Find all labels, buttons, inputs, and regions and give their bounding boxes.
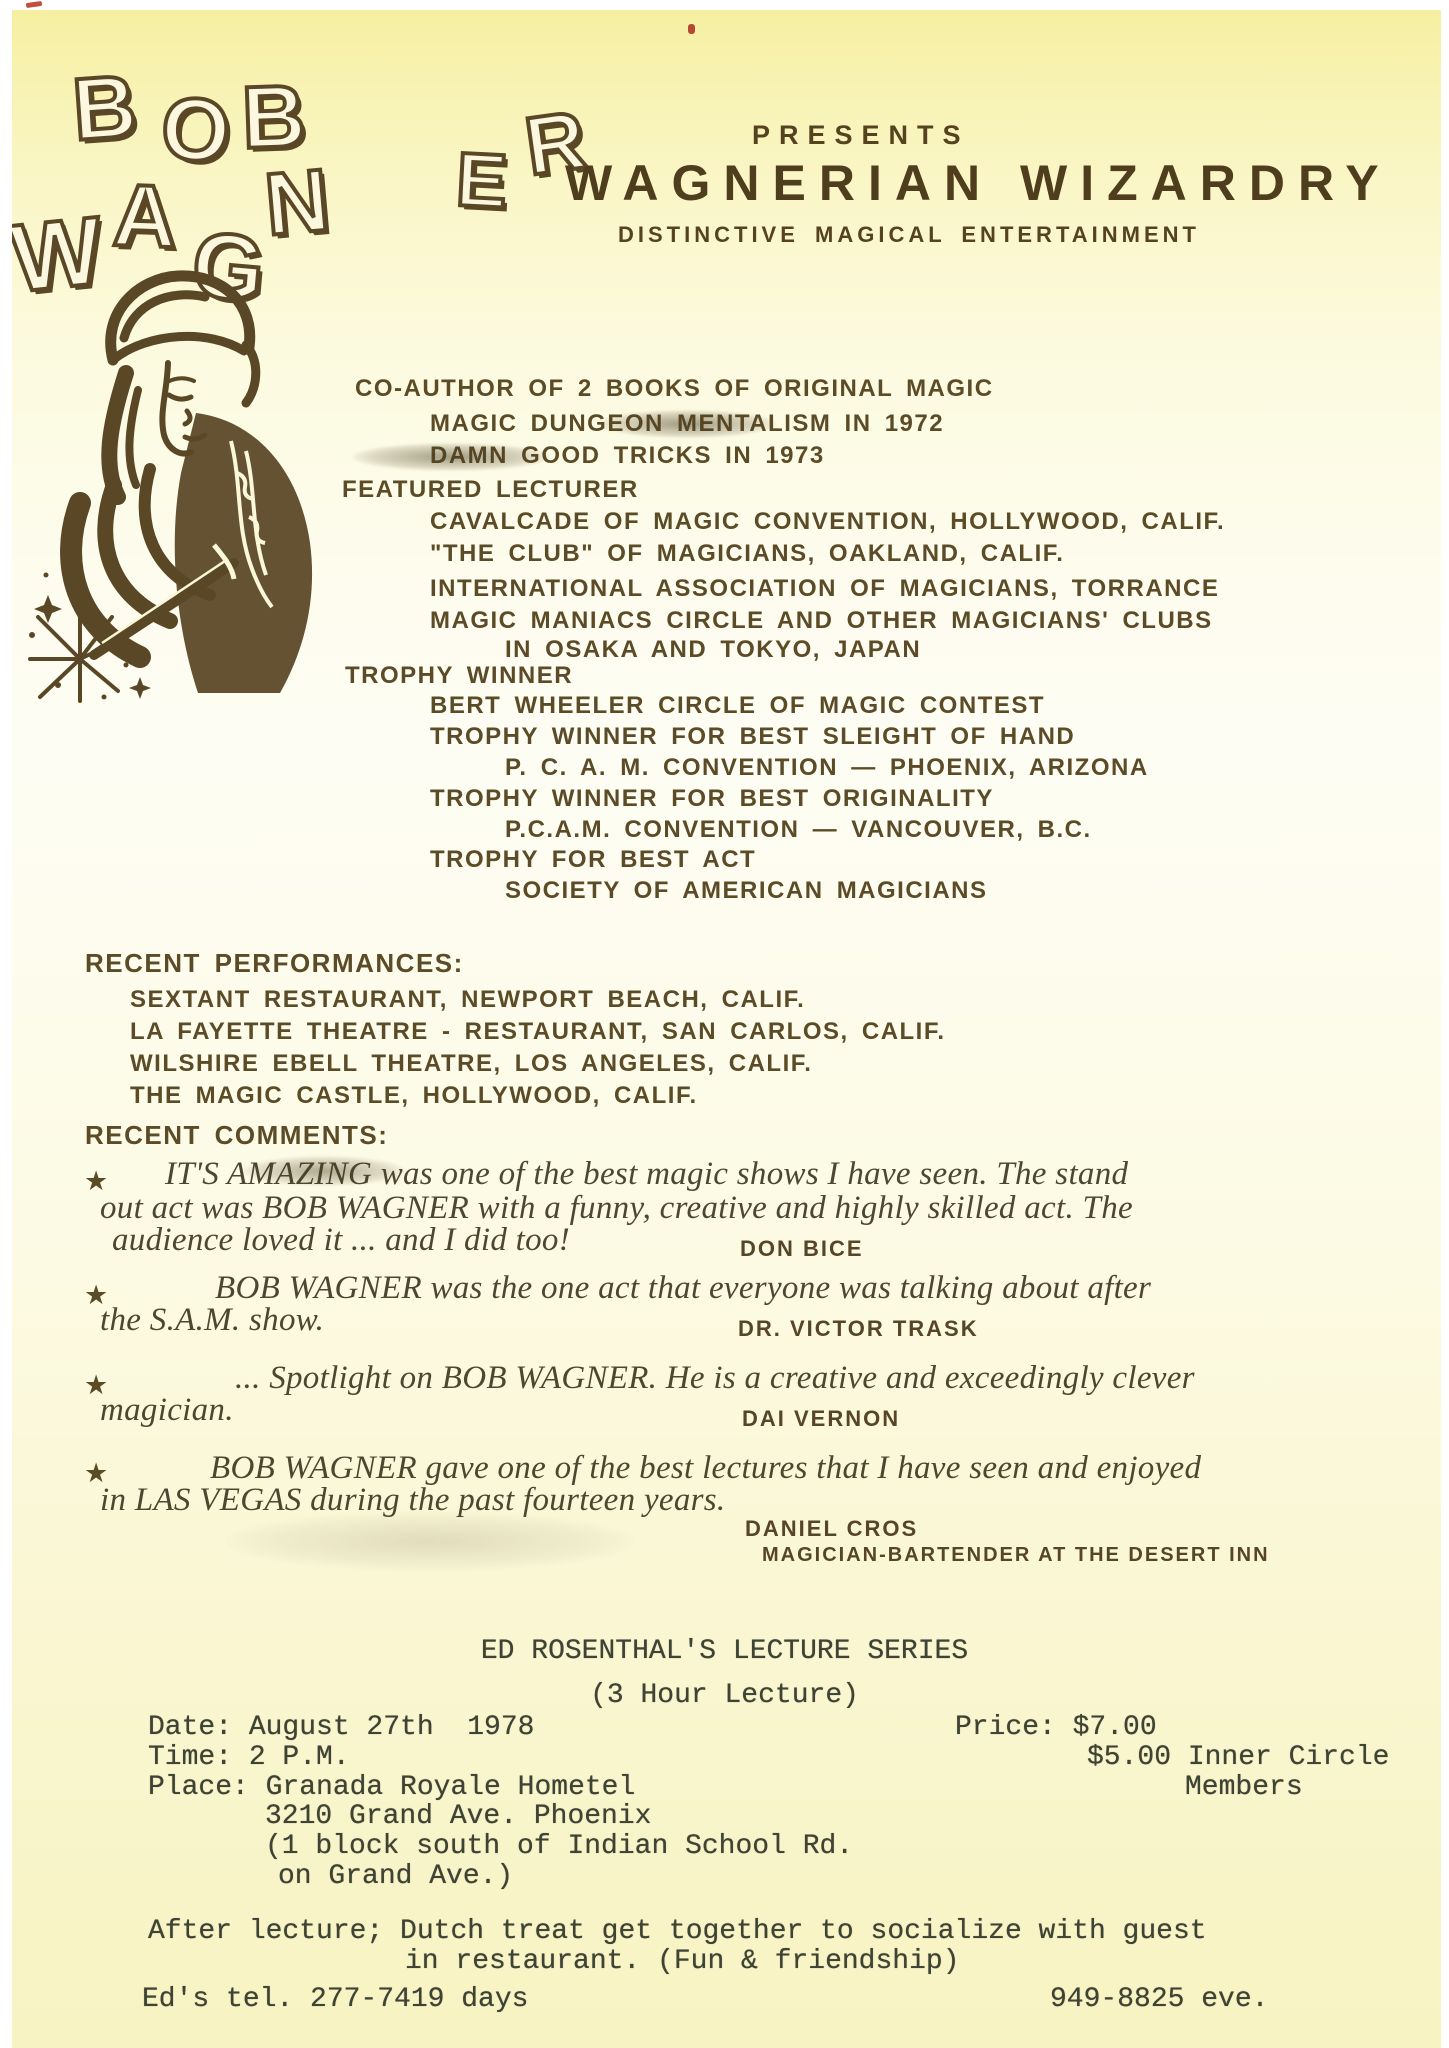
- testimonial-attribution: DON BICE: [740, 1236, 864, 1262]
- testimonial-attribution: DAI VERNON: [742, 1406, 900, 1432]
- telephone-evening: 949-8825 eve.: [1050, 1984, 1268, 2015]
- presents-label: PRESENTS: [752, 120, 970, 151]
- credential-line: FEATURED LECTURER: [342, 476, 639, 504]
- testimonial-attribution: DR. VICTOR TRASK: [738, 1316, 979, 1342]
- credential-line: TROPHY FOR BEST ACT: [430, 846, 756, 874]
- testimonial-attribution-title: MAGICIAN-BARTENDER AT THE DESERT INN: [762, 1544, 1270, 1567]
- testimonial-line: ... Spotlight on BOB WAGNER. He is a cre…: [235, 1360, 1195, 1397]
- credential-line: SOCIETY OF AMERICAN MAGICIANS: [505, 877, 988, 905]
- scanned-flyer: { "colors": { "ink": "#5c4b27", "headlin…: [0, 0, 1449, 2048]
- lecture-date: Date: August 27th 1978: [148, 1712, 534, 1743]
- performance-item: LA FAYETTE THEATRE - RESTAURANT, SAN CAR…: [130, 1018, 946, 1046]
- performances-heading: RECENT PERFORMANCES:: [85, 948, 464, 979]
- credential-line: BERT WHEELER CIRCLE OF MAGIC CONTEST: [430, 692, 1045, 720]
- credential-line: INTERNATIONAL ASSOCIATION OF MAGICIANS, …: [430, 575, 1219, 603]
- show-title: WAGNERIAN WIZARDRY: [565, 154, 1392, 212]
- testimonial-attribution: DANIEL CROS: [745, 1516, 918, 1542]
- credential-line: CO-AUTHOR OF 2 BOOKS OF ORIGINAL MAGIC: [355, 375, 994, 403]
- credential-line: TROPHY WINNER: [345, 662, 573, 690]
- ink-smudge: [243, 1156, 405, 1186]
- testimonial-line: audience loved it ... and I did too!: [112, 1222, 570, 1259]
- after-lecture-note: in restaurant. (Fun & friendship): [405, 1946, 960, 1977]
- credential-line: TROPHY WINNER FOR BEST SLEIGHT OF HAND: [430, 723, 1075, 751]
- magician-illustration: [18, 245, 328, 705]
- credential-line: IN OSAKA AND TOKYO, JAPAN: [505, 636, 921, 664]
- ink-smudge: [225, 1512, 635, 1570]
- lecture-address-line: (1 block south of Indian School Rd.: [265, 1831, 853, 1862]
- lecture-series-title: ED ROSENTHAL'S LECTURE SERIES: [0, 1636, 1449, 1667]
- name-letter: B: [69, 56, 139, 159]
- performance-item: WILSHIRE EBELL THEATRE, LOS ANGELES, CAL…: [130, 1050, 812, 1078]
- after-lecture-note: After lecture; Dutch treat get together …: [148, 1916, 1207, 1947]
- testimonial-line: magician.: [100, 1392, 234, 1429]
- lecture-price-members-2: Members: [1185, 1772, 1303, 1803]
- lecture-place: Place: Granada Royale Hometel: [148, 1772, 635, 1803]
- credential-line: P. C. A. M. CONVENTION — PHOENIX, ARIZON…: [505, 754, 1149, 782]
- lecture-subtitle: (3 Hour Lecture): [0, 1680, 1449, 1711]
- ink-smudge: [352, 443, 550, 471]
- performance-item: SEXTANT RESTAURANT, NEWPORT BEACH, CALIF…: [130, 986, 805, 1014]
- credential-line: "THE CLUB" OF MAGICIANS, OAKLAND, CALIF.: [430, 540, 1064, 568]
- telephone-days: Ed's tel. 277-7419 days: [142, 1984, 528, 2015]
- performance-item: THE MAGIC CASTLE, HOLLYWOOD, CALIF.: [130, 1082, 698, 1110]
- credential-line: MAGIC MANIACS CIRCLE AND OTHER MAGICIANS…: [430, 607, 1213, 635]
- ink-smudge: [598, 410, 776, 438]
- red-ink-speck: [688, 24, 695, 34]
- lecture-price-members: $5.00 Inner Circle: [1087, 1742, 1389, 1773]
- name-letter: N: [261, 150, 333, 254]
- name-letter: E: [454, 137, 509, 225]
- lecture-price: Price: $7.00: [955, 1712, 1157, 1743]
- testimonial-line: BOB WAGNER was the one act that everyone…: [215, 1270, 1151, 1307]
- comments-heading: RECENT COMMENTS:: [85, 1120, 388, 1151]
- credential-line: CAVALCADE OF MAGIC CONVENTION, HOLLYWOOD…: [430, 508, 1225, 536]
- credential-line: TROPHY WINNER FOR BEST ORIGINALITY: [430, 785, 994, 813]
- show-tagline: DISTINCTIVE MAGICAL ENTERTAINMENT: [618, 222, 1200, 248]
- credential-line: P.C.A.M. CONVENTION — VANCOUVER, B.C.: [505, 816, 1092, 844]
- red-pen-mark: [26, 1, 43, 8]
- lecture-address-line: 3210 Grand Ave. Phoenix: [265, 1801, 651, 1832]
- lecture-time: Time: 2 P.M.: [148, 1742, 350, 1773]
- lecture-address-line: on Grand Ave.): [278, 1861, 513, 1892]
- name-letter: O: [159, 78, 233, 180]
- testimonial-line: the S.A.M. show.: [100, 1302, 324, 1339]
